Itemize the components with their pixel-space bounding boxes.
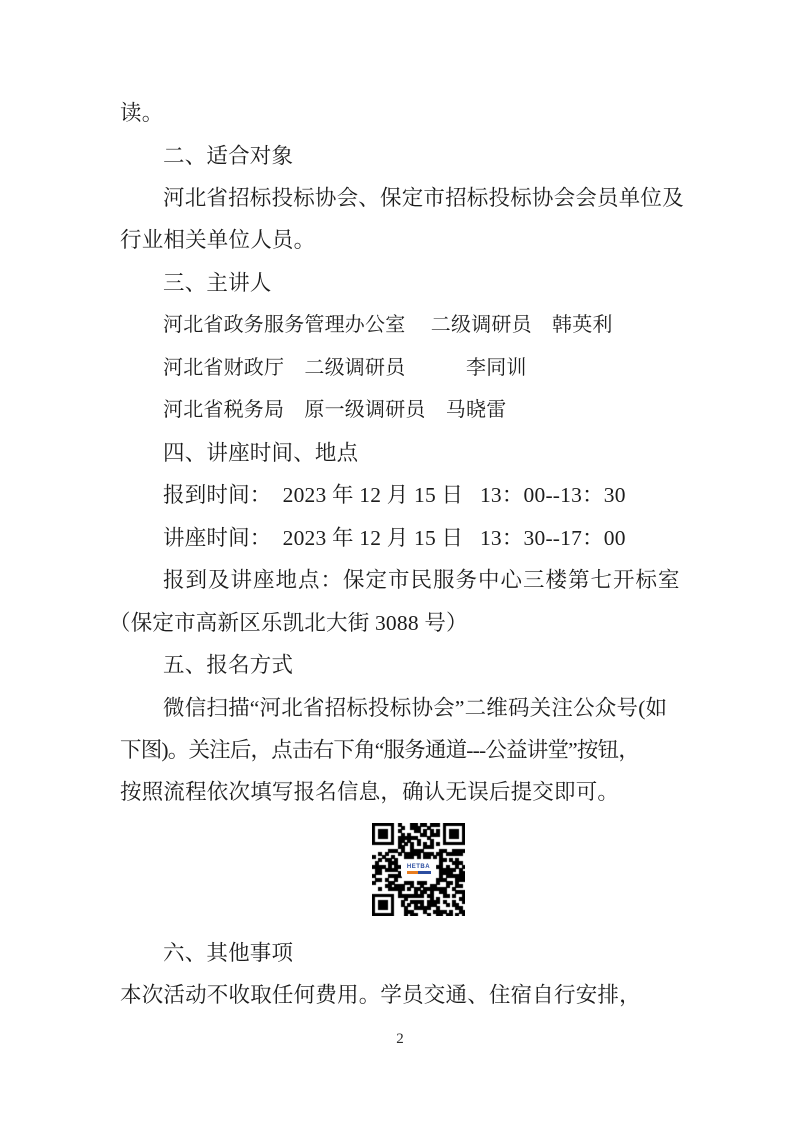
body-line: 行业相关单位人员。 bbox=[120, 230, 315, 252]
body-line: 按照流程依次填写报名信息，确认无误后提交即可。 bbox=[120, 782, 619, 804]
location-line: 报到及讲座地点：保定市民服务中心三楼第七开标室 bbox=[163, 570, 681, 592]
body-line: 下图)。关注后，点击右下角“服务通道---公益讲堂”按钮， bbox=[120, 740, 639, 762]
section-heading-2: 二、适合对象 bbox=[163, 146, 293, 168]
body-line: 本次活动不收取任何费用。学员交通、住宿自行安排， bbox=[120, 985, 641, 1007]
qr-code: HETBA bbox=[372, 823, 465, 916]
speaker-line: 河北省财政厅 二级调研员 李同训 bbox=[163, 358, 527, 378]
section-heading-4: 四、讲座时间、地点 bbox=[163, 443, 358, 465]
document-page: 读。 二、适合对象 河北省招标投标协会、保定市招标投标协会会员单位及 行业相关单… bbox=[0, 0, 800, 1132]
paragraph-continuation: 读。 bbox=[120, 103, 163, 125]
section-heading-3: 三、主讲人 bbox=[163, 273, 272, 295]
lecture-time-line: 讲座时间： 2023 年 12 月 15 日 13：30--17：00 bbox=[163, 528, 626, 550]
body-line: 微信扫描“河北省招标投标协会”二维码关注公众号(如 bbox=[163, 698, 667, 720]
speaker-line: 河北省税务局 原一级调研员 马晓雷 bbox=[163, 400, 506, 420]
section-heading-5: 五、报名方式 bbox=[163, 655, 293, 677]
speaker-line: 河北省政务服务管理办公室 二级调研员 韩英利 bbox=[163, 315, 613, 335]
qr-logo-bar bbox=[407, 871, 431, 874]
address-line: （保定市高新区乐凯北大街 3088 号） bbox=[109, 613, 468, 635]
qr-logo: HETBA bbox=[401, 860, 436, 878]
page-number: 2 bbox=[0, 1031, 800, 1048]
section-heading-6: 六、其他事项 bbox=[163, 943, 293, 965]
body-line: 河北省招标投标协会、保定市招标投标协会会员单位及 bbox=[163, 188, 684, 210]
checkin-time-line: 报到时间： 2023 年 12 月 15 日 13：00--13：30 bbox=[163, 485, 626, 507]
qr-logo-label: HETBA bbox=[407, 864, 430, 870]
